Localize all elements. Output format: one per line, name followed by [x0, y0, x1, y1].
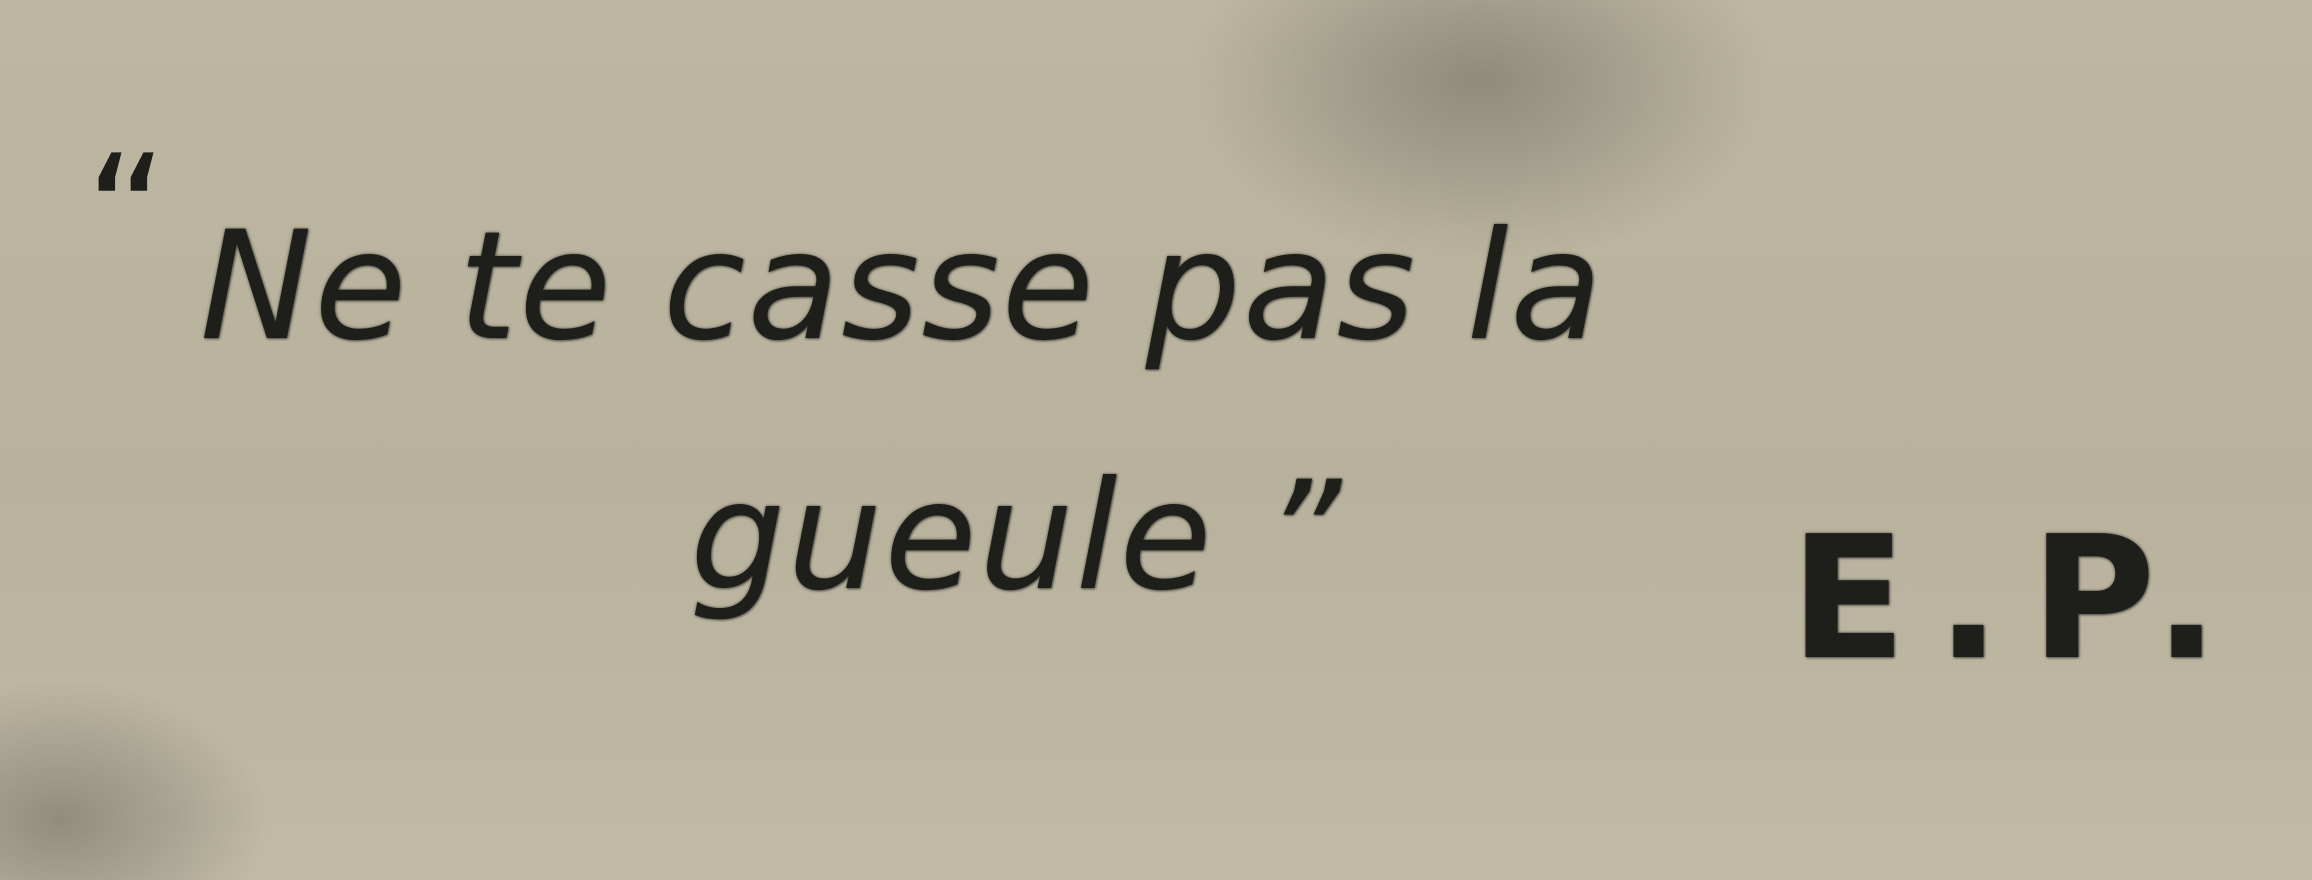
signature-initials: E.P.	[1790, 500, 2249, 698]
paper-background: “ Ne te casse pas la gueule ” E.P.	[0, 0, 2312, 880]
opening-quote-mark: “	[85, 120, 168, 307]
inscription-line-2: gueule ”	[690, 450, 1343, 624]
inscription-line-1: Ne te casse pas la	[200, 200, 1604, 374]
